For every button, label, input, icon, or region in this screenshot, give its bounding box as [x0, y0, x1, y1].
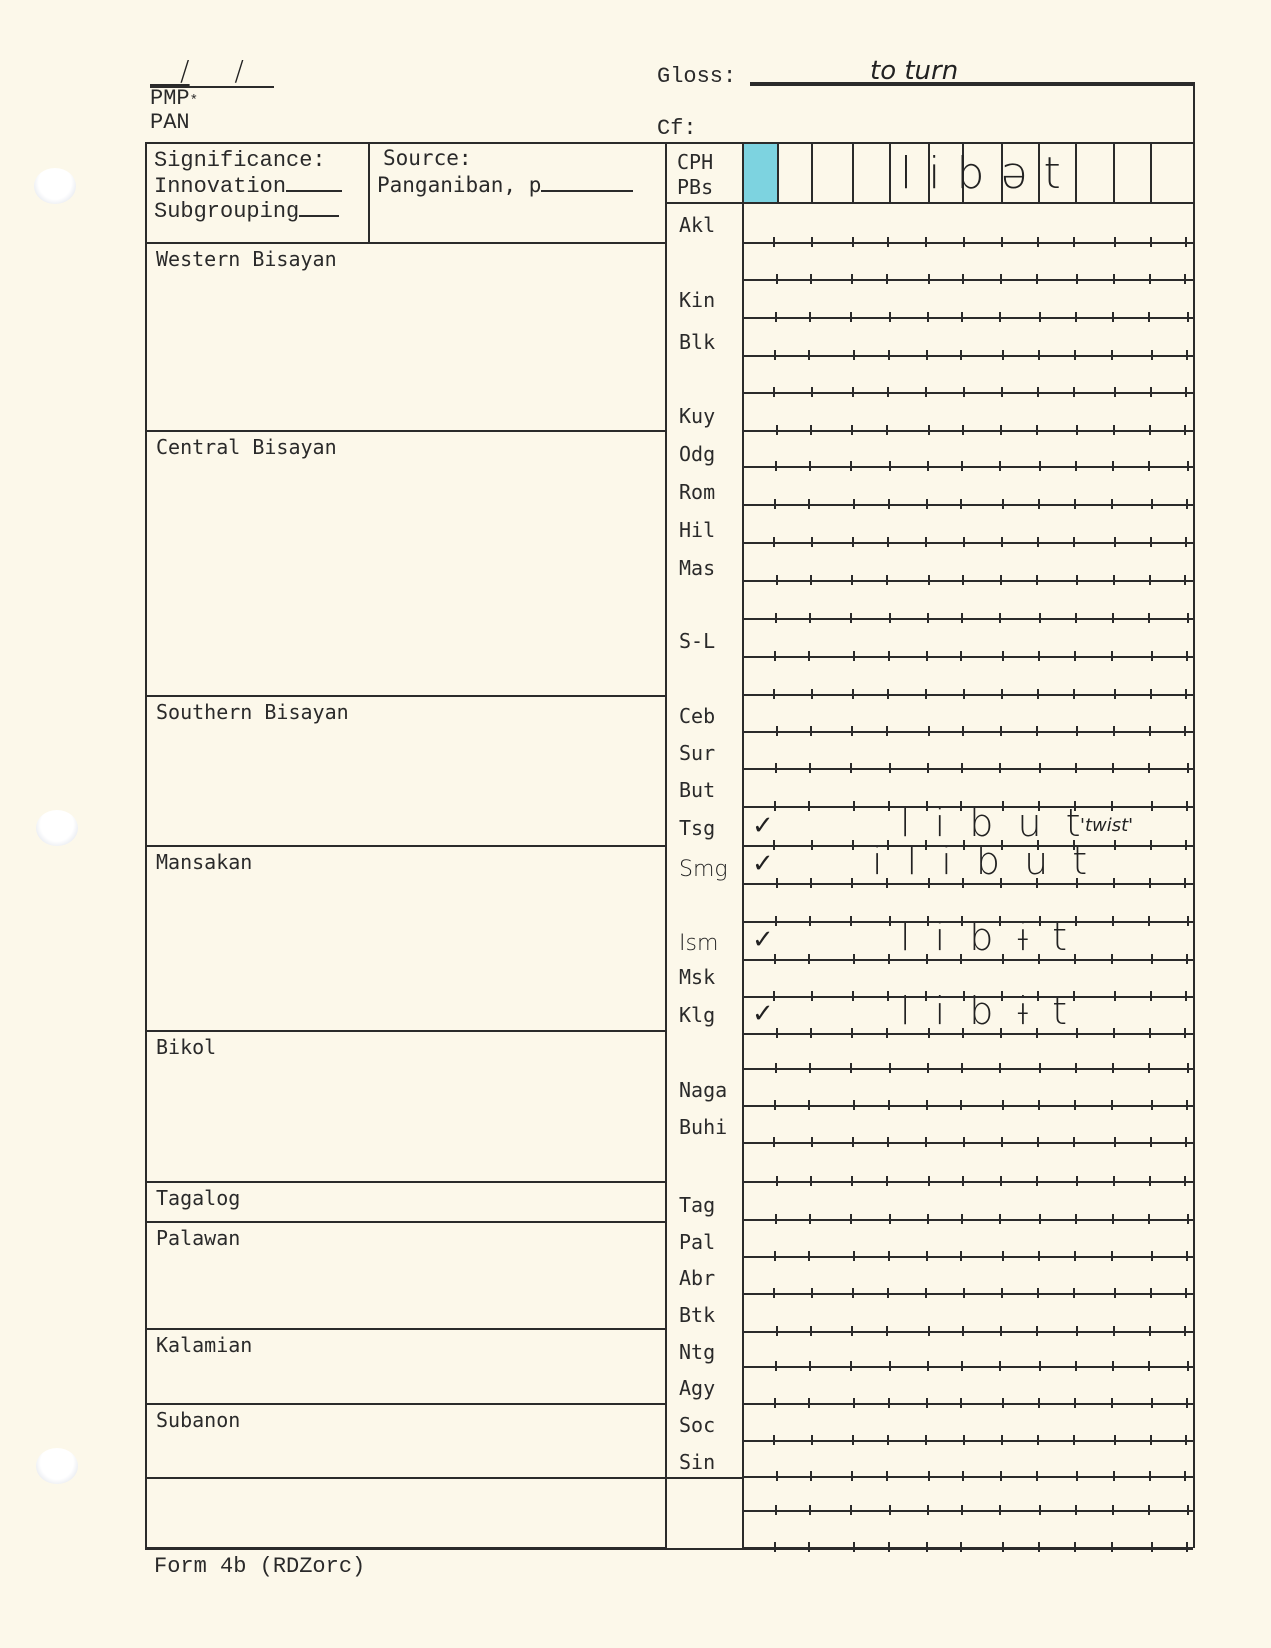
tick-mark	[853, 954, 855, 964]
tick-mark	[1038, 651, 1040, 661]
tick-mark	[776, 878, 778, 888]
tick-mark	[775, 1063, 777, 1073]
tick-mark	[853, 1251, 855, 1261]
tick-mark	[961, 613, 963, 623]
tick-mark	[853, 1542, 855, 1552]
tick-mark	[1185, 1288, 1187, 1298]
tick-mark	[999, 763, 1001, 773]
tick-mark	[999, 1505, 1001, 1515]
tick-mark	[1039, 461, 1041, 471]
tick-mark	[1036, 425, 1038, 435]
tick-mark	[1151, 350, 1153, 360]
grid-rule	[742, 1547, 1193, 1549]
tick-mark	[1151, 801, 1153, 811]
language-code: Kin	[679, 288, 715, 312]
checkmark-icon: ✓	[752, 849, 774, 879]
tick-mark	[1074, 1398, 1076, 1408]
tick-mark	[1148, 613, 1150, 623]
tick-mark	[1150, 537, 1152, 547]
tick-mark	[775, 613, 777, 623]
tick-mark	[961, 763, 963, 773]
tick-mark	[810, 425, 812, 435]
tick-mark	[1036, 726, 1038, 736]
section-divider	[145, 1030, 665, 1032]
tick-mark	[1148, 1063, 1150, 1073]
tick-mark	[887, 387, 889, 397]
tick-mark	[926, 1398, 928, 1408]
section-label: Central Bisayan	[156, 435, 337, 459]
tick-mark	[1112, 1505, 1114, 1515]
tick-mark	[1075, 1214, 1077, 1224]
tick-mark	[1184, 575, 1186, 585]
tick-mark	[961, 312, 963, 322]
tick-mark	[1076, 1326, 1078, 1336]
tick-mark	[1186, 651, 1188, 661]
tick-mark	[775, 1361, 777, 1371]
tick-mark	[926, 1251, 928, 1261]
tick-mark	[886, 425, 888, 435]
language-code: Tag	[679, 1193, 715, 1217]
tick-mark	[773, 840, 775, 850]
tick-mark	[926, 1100, 928, 1110]
tick-mark	[1074, 651, 1076, 661]
tick-mark	[811, 689, 813, 699]
tick-mark	[811, 537, 813, 547]
tick-mark	[776, 425, 778, 435]
language-code: S-L	[679, 629, 715, 653]
tick-mark	[809, 916, 811, 926]
tick-mark	[773, 237, 775, 247]
subgrouping-field[interactable]	[299, 215, 339, 217]
grid-rule	[742, 1403, 1193, 1405]
tick-mark	[1074, 499, 1076, 509]
language-code: Pal	[679, 1230, 715, 1254]
tick-mark	[1039, 916, 1041, 926]
innovation-field[interactable]	[286, 190, 342, 192]
tick-mark	[851, 274, 853, 284]
tick-mark	[963, 1288, 965, 1298]
tick-mark	[810, 575, 812, 585]
tick-mark	[1187, 916, 1189, 926]
reconstruction-code-cph: CPH	[677, 150, 713, 174]
tick-mark	[851, 1326, 853, 1336]
tick-mark	[1073, 387, 1075, 397]
tick-mark	[1002, 651, 1004, 661]
tick-mark	[1184, 274, 1186, 284]
source-page-field[interactable]	[541, 190, 633, 192]
tick-mark	[852, 991, 854, 1001]
tick-mark	[886, 274, 888, 284]
tick-mark	[928, 1176, 930, 1186]
tick-mark	[851, 726, 853, 736]
tick-mark	[1036, 1028, 1038, 1038]
tick-mark	[927, 1063, 929, 1073]
tick-mark	[1148, 1214, 1150, 1224]
tick-mark	[1149, 1028, 1151, 1038]
grid-rule	[742, 1440, 1193, 1442]
section-label: Southern Bisayan	[156, 700, 349, 724]
tick-mark	[927, 1505, 929, 1515]
tick-mark	[773, 537, 775, 547]
tick-mark	[888, 350, 890, 360]
language-code: Odg	[679, 442, 715, 466]
tick-mark	[925, 840, 927, 850]
tick-mark	[1112, 461, 1114, 471]
tick-mark	[926, 350, 928, 360]
tick-mark	[1037, 1435, 1039, 1445]
tick-mark	[1149, 1326, 1151, 1336]
tick-mark	[1113, 1028, 1115, 1038]
tick-mark	[1111, 954, 1113, 964]
tick-mark	[887, 237, 889, 247]
tick-mark	[889, 1214, 891, 1224]
tick-mark	[960, 801, 962, 811]
tick-mark	[1036, 274, 1038, 284]
tick-mark	[1037, 1137, 1039, 1147]
tick-mark	[774, 801, 776, 811]
tick-mark	[926, 954, 928, 964]
tick-mark	[1187, 312, 1189, 322]
tick-mark	[962, 1326, 964, 1336]
tick-mark	[776, 575, 778, 585]
tick-mark	[1114, 991, 1116, 1001]
tick-mark	[961, 1505, 963, 1515]
tick-mark	[960, 651, 962, 661]
grid-rule	[742, 656, 1193, 658]
tick-mark	[928, 425, 930, 435]
tick-mark	[889, 461, 891, 471]
tick-mark	[889, 1505, 891, 1515]
tick-mark	[889, 613, 891, 623]
tick-mark	[1002, 801, 1004, 811]
tick-mark	[1000, 1326, 1002, 1336]
tick-mark	[960, 1542, 962, 1552]
source-value: Panganiban, p	[377, 173, 633, 197]
tick-mark	[926, 651, 928, 661]
tick-mark	[1076, 274, 1078, 284]
tick-mark	[1186, 350, 1188, 360]
tick-mark	[886, 1176, 888, 1186]
tick-mark	[960, 1398, 962, 1408]
tick-mark	[1187, 763, 1189, 773]
tick-mark	[1112, 1361, 1114, 1371]
tick-mark	[1185, 1435, 1187, 1445]
tick-mark	[1001, 237, 1003, 247]
tick-mark	[1076, 425, 1078, 435]
tick-mark	[887, 1137, 889, 1147]
grid-rule	[742, 1293, 1193, 1295]
grid-rule	[742, 996, 1193, 998]
tick-mark	[887, 1435, 889, 1445]
section-divider	[145, 845, 665, 847]
section-label: Bikol	[156, 1035, 216, 1059]
language-code: Hil	[679, 518, 715, 542]
tick-mark	[1075, 916, 1077, 926]
tick-mark	[1151, 1398, 1153, 1408]
tick-mark	[1113, 274, 1115, 284]
tick-mark	[1000, 425, 1002, 435]
tick-mark	[927, 461, 929, 471]
tick-mark	[1000, 274, 1002, 284]
highlight-cell	[743, 143, 777, 202]
tick-mark	[927, 916, 929, 926]
tick-mark	[851, 1471, 853, 1481]
tick-mark	[773, 1288, 775, 1298]
tick-mark	[1111, 1398, 1113, 1408]
source-label: Source:	[383, 146, 472, 170]
tick-mark	[808, 1398, 810, 1408]
tick-mark	[1114, 387, 1116, 397]
tick-mark	[809, 1361, 811, 1371]
tick-mark	[1185, 537, 1187, 547]
reconstruction-code-pbs: PBs	[677, 175, 713, 199]
tick-mark	[1076, 1028, 1078, 1038]
tick-mark	[928, 878, 930, 888]
subgrouping-label: Subgrouping	[154, 199, 339, 224]
tick-mark	[1036, 1176, 1038, 1186]
tick-mark	[889, 1063, 891, 1073]
tick-mark	[999, 1214, 1001, 1224]
section-divider	[145, 1181, 665, 1183]
tick-mark	[776, 726, 778, 736]
tick-mark	[1186, 954, 1188, 964]
tick-mark	[1001, 1137, 1003, 1147]
tick-mark	[1184, 726, 1186, 736]
tick-mark	[1149, 1471, 1151, 1481]
tick-mark	[811, 1288, 813, 1298]
tick-mark	[774, 954, 776, 964]
language-code: Agy	[679, 1376, 715, 1400]
tick-mark	[1000, 878, 1002, 888]
tick-mark	[888, 1398, 890, 1408]
tick-mark	[1112, 312, 1114, 322]
tick-mark	[926, 499, 928, 509]
tick-mark	[810, 274, 812, 284]
tick-mark	[776, 1471, 778, 1481]
section-divider	[145, 1221, 665, 1223]
tick-mark	[851, 425, 853, 435]
tick-mark	[1150, 387, 1152, 397]
tick-mark	[927, 613, 929, 623]
tick-mark	[853, 801, 855, 811]
tick-mark	[1075, 461, 1077, 471]
checkmark-icon: ✓	[752, 925, 774, 955]
tick-mark	[1148, 1361, 1150, 1371]
tick-mark	[1148, 461, 1150, 471]
significance-divider	[368, 142, 370, 242]
tick-mark	[886, 575, 888, 585]
tick-mark	[1000, 1176, 1002, 1186]
tick-mark	[810, 1471, 812, 1481]
tick-mark	[850, 613, 852, 623]
cell-divider	[889, 142, 891, 202]
tick-mark	[1114, 1288, 1116, 1298]
tick-mark	[1111, 1100, 1113, 1110]
significance-title: Significance:	[154, 148, 326, 173]
tick-mark	[925, 1435, 927, 1445]
tick-mark	[886, 878, 888, 888]
reconstruction-form: libət	[900, 148, 1077, 199]
tick-mark	[1038, 1398, 1040, 1408]
tick-mark	[1150, 991, 1152, 1001]
language-code: Tsg	[679, 816, 715, 840]
tick-mark	[1187, 1361, 1189, 1371]
tick-mark	[1002, 350, 1004, 360]
tick-mark	[927, 1214, 929, 1224]
tick-mark	[811, 237, 813, 247]
tick-mark	[928, 274, 930, 284]
tick-mark	[776, 1028, 778, 1038]
tick-mark	[809, 763, 811, 773]
grid-rule	[742, 355, 1193, 357]
tick-mark	[774, 1398, 776, 1408]
grid-rule	[742, 694, 1193, 696]
tick-mark	[1038, 499, 1040, 509]
tick-mark	[852, 237, 854, 247]
tick-mark	[889, 312, 891, 322]
tick-mark	[808, 1100, 810, 1110]
tick-mark	[888, 801, 890, 811]
tick-mark	[928, 575, 930, 585]
tick-mark	[1149, 726, 1151, 736]
tick-mark	[1187, 461, 1189, 471]
cell-divider	[1150, 142, 1152, 202]
tick-mark	[1001, 537, 1003, 547]
tick-mark	[960, 954, 962, 964]
tick-mark	[776, 1176, 778, 1186]
tick-mark	[852, 537, 854, 547]
tick-mark	[1074, 954, 1076, 964]
grid-rule	[742, 1256, 1193, 1258]
tick-mark	[1075, 1505, 1077, 1515]
tick-mark	[999, 1063, 1001, 1073]
tick-mark	[925, 1137, 927, 1147]
tick-mark	[927, 312, 929, 322]
tick-mark	[1185, 387, 1187, 397]
tick-mark	[852, 1137, 854, 1147]
tick-mark	[963, 689, 965, 699]
tick-mark	[961, 1214, 963, 1224]
tick-mark	[1111, 350, 1113, 360]
tick-mark	[1186, 499, 1188, 509]
tick-mark	[1112, 763, 1114, 773]
grid-rule	[742, 542, 1193, 544]
tick-mark	[1186, 1251, 1188, 1261]
tick-mark	[850, 763, 852, 773]
tick-mark	[925, 387, 927, 397]
tick-mark	[925, 537, 927, 547]
tick-mark	[1039, 613, 1041, 623]
tick-mark	[810, 1176, 812, 1186]
cell-divider	[1113, 142, 1115, 202]
tick-mark	[927, 1361, 929, 1371]
section-divider	[145, 1477, 665, 1479]
tick-mark	[1002, 954, 1004, 964]
tick-mark	[962, 1028, 964, 1038]
tick-mark	[1114, 840, 1116, 850]
tick-mark	[1076, 726, 1078, 736]
box-right-border	[1193, 82, 1195, 1548]
tick-mark	[1001, 991, 1003, 1001]
tick-mark	[887, 991, 889, 1001]
tick-mark	[1111, 1251, 1113, 1261]
section-divider	[145, 1403, 665, 1405]
tick-mark	[1076, 878, 1078, 888]
tick-mark	[1074, 350, 1076, 360]
tick-mark	[809, 1505, 811, 1515]
tick-mark	[1073, 1288, 1075, 1298]
tick-mark	[1002, 1100, 1004, 1110]
tick-mark	[1075, 1361, 1077, 1371]
tick-mark	[1074, 1542, 1076, 1552]
tick-mark	[888, 651, 890, 661]
tick-mark	[1073, 1137, 1075, 1147]
tick-mark	[850, 1361, 852, 1371]
tick-mark	[808, 801, 810, 811]
tick-mark	[887, 1288, 889, 1298]
tick-mark	[774, 1542, 776, 1552]
tick-mark	[1151, 1100, 1153, 1110]
tick-mark	[1148, 312, 1150, 322]
tick-mark	[853, 651, 855, 661]
tick-mark	[1039, 1505, 1041, 1515]
tick-mark	[1001, 1288, 1003, 1298]
tick-mark	[925, 1288, 927, 1298]
tick-mark	[1074, 1251, 1076, 1261]
tick-mark	[1111, 499, 1113, 509]
section-divider	[145, 1547, 665, 1549]
tick-mark	[1114, 1435, 1116, 1445]
tick-mark	[808, 1542, 810, 1552]
tick-mark	[1151, 499, 1153, 509]
tick-mark	[1148, 1505, 1150, 1515]
tick-mark	[1187, 1214, 1189, 1224]
tick-mark	[925, 991, 927, 1001]
tick-mark	[960, 1100, 962, 1110]
tick-mark	[887, 840, 889, 850]
tick-mark	[1074, 801, 1076, 811]
tick-mark	[1073, 991, 1075, 1001]
tick-mark	[1002, 1542, 1004, 1552]
tick-mark	[774, 651, 776, 661]
tick-mark	[961, 461, 963, 471]
tick-mark	[1184, 1471, 1186, 1481]
tick-mark	[960, 1251, 962, 1261]
tick-mark	[1184, 425, 1186, 435]
tick-mark	[1075, 763, 1077, 773]
tick-mark	[962, 878, 964, 888]
tick-mark	[925, 689, 927, 699]
tick-mark	[850, 1505, 852, 1515]
tick-mark	[1000, 1471, 1002, 1481]
grid-rule	[742, 845, 1193, 847]
tick-mark	[888, 1251, 890, 1261]
tick-mark	[1113, 878, 1115, 888]
tick-mark	[1036, 878, 1038, 888]
tick-mark	[1149, 878, 1151, 888]
tick-mark	[1186, 1398, 1188, 1408]
tick-mark	[852, 387, 854, 397]
tick-mark	[1187, 1063, 1189, 1073]
tick-mark	[963, 387, 965, 397]
language-code: Sur	[679, 741, 715, 765]
tick-mark	[1150, 1288, 1152, 1298]
language-code: Ntg	[679, 1340, 715, 1364]
language-code: Rom	[679, 480, 715, 504]
tick-mark	[1037, 991, 1039, 1001]
tick-mark	[851, 575, 853, 585]
tick-mark	[1076, 1471, 1078, 1481]
